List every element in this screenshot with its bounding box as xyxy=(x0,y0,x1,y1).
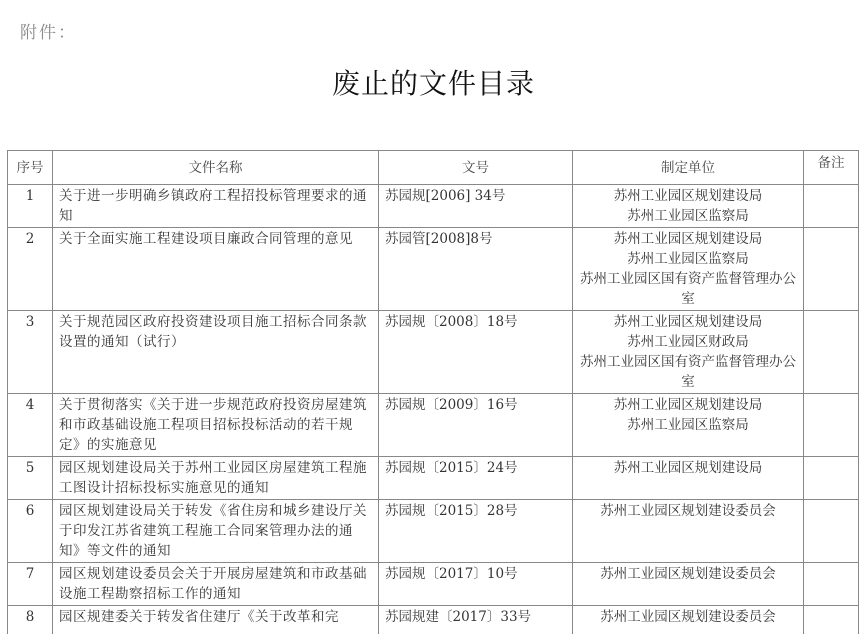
unit-line: 苏州工业园区国有资产监督管理办公室 xyxy=(579,352,797,392)
cell-remark xyxy=(804,563,859,606)
header-name: 文件名称 xyxy=(53,151,379,185)
cell-docno: 苏园规〔2008〕18号 xyxy=(379,311,573,394)
unit-line: 苏州工业园区国有资产监督管理办公室 xyxy=(579,269,797,309)
cell-name: 园区规建委关于转发省住建厅《关于改革和完 xyxy=(53,606,379,634)
cell-docno: 苏园规〔2017〕10号 xyxy=(379,563,573,606)
unit-line: 苏州工业园区规划建设局 xyxy=(579,458,797,478)
unit-line: 苏州工业园区监察局 xyxy=(579,206,797,226)
document-title: 废止的文件目录 xyxy=(0,62,867,102)
unit-line: 苏州工业园区规划建设局 xyxy=(579,312,797,332)
cell-unit: 苏州工业园区规划建设局 苏州工业园区财政局 苏州工业园区国有资产监督管理办公室 xyxy=(573,311,804,394)
cell-unit: 苏州工业园区规划建设局 苏州工业园区监察局 xyxy=(573,185,804,228)
unit-line: 苏州工业园区规划建设委员会 xyxy=(579,564,797,584)
cell-seq: 6 xyxy=(8,500,53,563)
cell-name: 关于全面实施工程建设项目廉政合同管理的意见 xyxy=(53,228,379,311)
header-seq: 序号 xyxy=(8,151,53,185)
cell-docno: 苏园管[2008]8号 xyxy=(379,228,573,311)
unit-line: 苏州工业园区规划建设委员会 xyxy=(579,501,797,521)
cell-remark xyxy=(804,500,859,563)
cell-seq: 5 xyxy=(8,457,53,500)
header-unit: 制定单位 xyxy=(573,151,804,185)
cell-unit: 苏州工业园区规划建设局 苏州工业园区监察局 苏州工业园区国有资产监督管理办公室 xyxy=(573,228,804,311)
cell-name: 关于贯彻落实《关于进一步规范政府投资房屋建筑和市政基础设施工程项目招标投标活动的… xyxy=(53,394,379,457)
cell-seq: 7 xyxy=(8,563,53,606)
cell-remark xyxy=(804,606,859,634)
abolished-documents-table: 序号 文件名称 文号 制定单位 备注 1 关于进一步明确乡镇政府工程招投标管理要… xyxy=(7,150,859,634)
table-row: 1 关于进一步明确乡镇政府工程招投标管理要求的通知 苏园规[2006] 34号 … xyxy=(8,185,859,228)
cell-name: 园区规划建设局关于苏州工业园区房屋建筑工程施工图设计招标投标实施意见的通知 xyxy=(53,457,379,500)
cell-unit: 苏州工业园区规划建设委员会 xyxy=(573,500,804,563)
cell-remark xyxy=(804,311,859,394)
table-header-row: 序号 文件名称 文号 制定单位 备注 xyxy=(8,151,859,185)
unit-line: 苏州工业园区规划建设局 xyxy=(579,395,797,415)
cell-name: 园区规划建设局关于转发《省住房和城乡建设厅关于印发江苏省建筑工程施工合同案管理办… xyxy=(53,500,379,563)
table-row: 6 园区规划建设局关于转发《省住房和城乡建设厅关于印发江苏省建筑工程施工合同案管… xyxy=(8,500,859,563)
attachment-label: 附件： xyxy=(20,18,77,43)
cell-seq: 8 xyxy=(8,606,53,634)
header-remark: 备注 xyxy=(804,151,859,185)
cell-remark xyxy=(804,185,859,228)
header-docno: 文号 xyxy=(379,151,573,185)
table-row: 3 关于规范园区政府投资建设项目施工招标合同条款设置的通知（试行） 苏园规〔20… xyxy=(8,311,859,394)
table-row: 7 园区规划建设委员会关于开展房屋建筑和市政基础设施工程勘察招标工作的通知 苏园… xyxy=(8,563,859,606)
table-row: 2 关于全面实施工程建设项目廉政合同管理的意见 苏园管[2008]8号 苏州工业… xyxy=(8,228,859,311)
cell-unit: 苏州工业园区规划建设委员会 xyxy=(573,606,804,634)
table-row: 5 园区规划建设局关于苏州工业园区房屋建筑工程施工图设计招标投标实施意见的通知 … xyxy=(8,457,859,500)
unit-line: 苏州工业园区规划建设局 xyxy=(579,186,797,206)
cell-seq: 1 xyxy=(8,185,53,228)
cell-seq: 3 xyxy=(8,311,53,394)
cell-unit: 苏州工业园区规划建设局 xyxy=(573,457,804,500)
cell-remark xyxy=(804,228,859,311)
cell-unit: 苏州工业园区规划建设委员会 xyxy=(573,563,804,606)
cell-docno: 苏园规[2006] 34号 xyxy=(379,185,573,228)
cell-docno: 苏园规〔2015〕28号 xyxy=(379,500,573,563)
cell-name: 关于规范园区政府投资建设项目施工招标合同条款设置的通知（试行） xyxy=(53,311,379,394)
unit-line: 苏州工业园区监察局 xyxy=(579,249,797,269)
cell-docno: 苏园规建〔2017〕33号 xyxy=(379,606,573,634)
unit-line: 苏州工业园区规划建设委员会 xyxy=(579,607,797,627)
unit-line: 苏州工业园区监察局 xyxy=(579,415,797,435)
cell-remark xyxy=(804,394,859,457)
cell-seq: 2 xyxy=(8,228,53,311)
cell-unit: 苏州工业园区规划建设局 苏州工业园区监察局 xyxy=(573,394,804,457)
cell-remark xyxy=(804,457,859,500)
cell-name: 园区规划建设委员会关于开展房屋建筑和市政基础设施工程勘察招标工作的通知 xyxy=(53,563,379,606)
table-row: 8 园区规建委关于转发省住建厅《关于改革和完 苏园规建〔2017〕33号 苏州工… xyxy=(8,606,859,634)
unit-line: 苏州工业园区财政局 xyxy=(579,332,797,352)
cell-docno: 苏园规〔2015〕24号 xyxy=(379,457,573,500)
unit-line: 苏州工业园区规划建设局 xyxy=(579,229,797,249)
cell-name: 关于进一步明确乡镇政府工程招投标管理要求的通知 xyxy=(53,185,379,228)
cell-seq: 4 xyxy=(8,394,53,457)
table-row: 4 关于贯彻落实《关于进一步规范政府投资房屋建筑和市政基础设施工程项目招标投标活… xyxy=(8,394,859,457)
cell-docno: 苏园规〔2009〕16号 xyxy=(379,394,573,457)
